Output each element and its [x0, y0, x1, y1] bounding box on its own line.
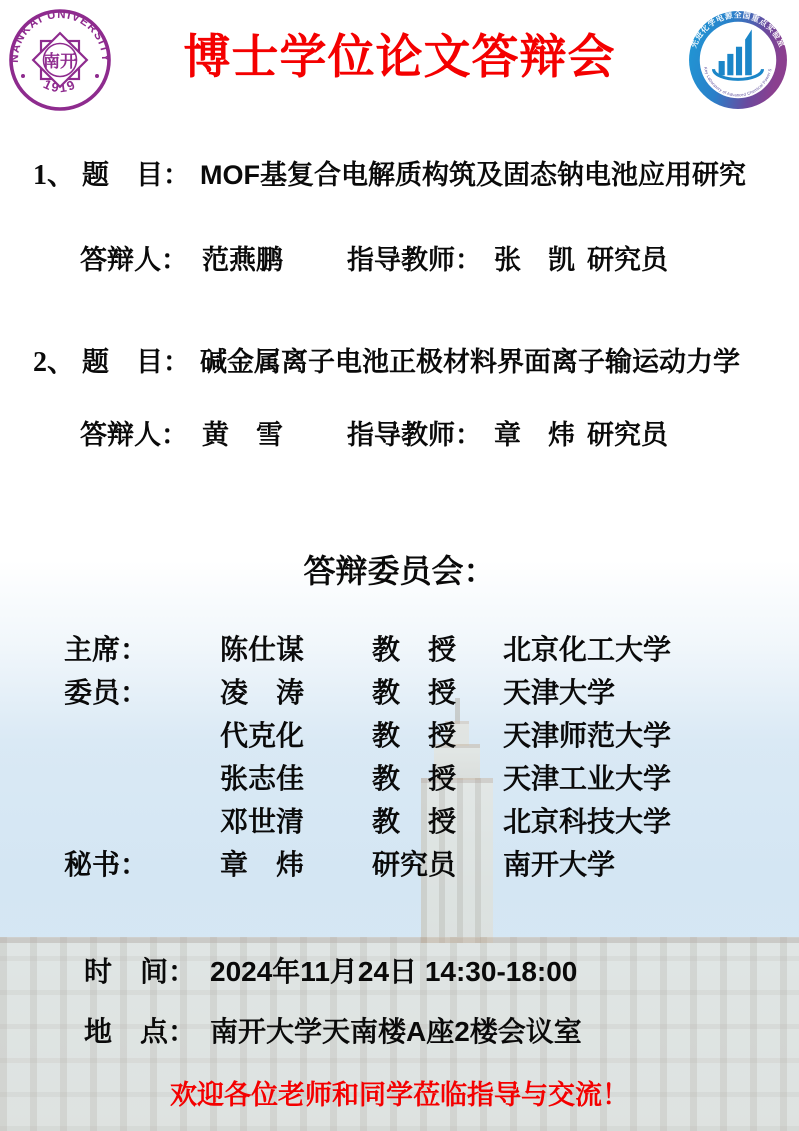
committee-name: 代克化	[220, 714, 372, 754]
defense-2-candidate-name: 黄 雪	[202, 420, 283, 450]
committee-affiliation: 天津工业大学	[503, 757, 769, 797]
committee-name: 邓世清	[220, 800, 372, 840]
committee-affiliation: 天津师范大学	[503, 714, 769, 754]
defense-1-thesis-title: MOF基复合电解质构筑及固态钠电池应用研究	[200, 160, 746, 190]
defense-2-advisor-name: 章 炜	[494, 420, 575, 450]
committee-affiliation: 北京科技大学	[503, 800, 769, 840]
defense-2-advisor-label: 指导教师：	[347, 420, 482, 450]
place-value: 南开大学天南楼A座2楼会议室	[210, 1016, 582, 1047]
committee-title: 教 授	[372, 671, 503, 711]
committee-title: 教 授	[372, 628, 503, 668]
defense-1-index: 1、	[33, 153, 82, 193]
committee-affiliation: 天津大学	[503, 671, 769, 711]
defense-2-advisor-title: 研究员	[587, 420, 668, 450]
defense-1-title-label: 题 目：	[82, 160, 190, 190]
welcome-message: 欢迎各位老师和同学莅临指导与交流！	[0, 1073, 799, 1112]
defense-1-title-line: 1、题 目：MOF基复合电解质构筑及固态钠电池应用研究	[33, 153, 746, 193]
nankai-university-seal: NANKAI UNIVERSITY 1919 南开	[8, 8, 112, 112]
committee-row: 邓世清 教 授 北京科技大学	[64, 798, 769, 841]
defense-2-people-line: 答辩人：黄 雪指导教师：章 炜研究员	[80, 413, 668, 452]
committee-role: 秘书：	[64, 843, 220, 883]
time-value: 2024年11月24日 14:30-18:00	[210, 956, 577, 987]
defense-2-candidate-label: 答辩人：	[80, 420, 188, 450]
defense-poster: NANKAI UNIVERSITY 1919 南开 博士学位论文答辩会	[0, 0, 799, 1131]
committee-list: 主席： 陈仕谋 教 授 北京化工大学 委员： 凌 涛 教 授 天津大学 代克化 …	[64, 626, 769, 884]
committee-row: 委员： 凌 涛 教 授 天津大学	[64, 669, 769, 712]
committee-title: 教 授	[372, 757, 503, 797]
committee-title: 教 授	[372, 800, 503, 840]
committee-row: 张志佳 教 授 天津工业大学	[64, 755, 769, 798]
defense-1-advisor-label: 指导教师：	[347, 245, 482, 275]
time-line: 时 间：2024年11月24日 14:30-18:00	[84, 950, 577, 990]
committee-role: 委员：	[64, 671, 220, 711]
place-label: 地 点：	[84, 1016, 196, 1047]
committee-title: 研究员	[372, 843, 503, 883]
committee-affiliation: 南开大学	[503, 843, 769, 883]
committee-row: 秘书： 章 炜 研究员 南开大学	[64, 841, 769, 884]
committee-name: 章 炜	[220, 843, 372, 883]
defense-2-title-line: 2、题 目：碱金属离子电池正极材料界面离子输运动力学	[33, 340, 740, 380]
committee-row: 代克化 教 授 天津师范大学	[64, 712, 769, 755]
committee-role: 主席：	[64, 628, 220, 668]
committee-row: 主席： 陈仕谋 教 授 北京化工大学	[64, 626, 769, 669]
committee-title: 教 授	[372, 714, 503, 754]
defense-2-index: 2、	[33, 340, 82, 380]
committee-heading: 答辩委员会：	[0, 546, 799, 592]
page-title: 博士学位论文答辩会	[120, 20, 679, 87]
committee-affiliation: 北京化工大学	[503, 628, 769, 668]
defense-1-advisor-title: 研究员	[587, 245, 668, 275]
lab-logo: 先进化学电源全国重点实验室 State Key Laboratory of Ad…	[687, 9, 789, 111]
defense-1-candidate-label: 答辩人：	[80, 245, 188, 275]
defense-1-advisor-name: 张 凯	[494, 245, 575, 275]
defense-1-candidate-name: 范燕鹏	[202, 245, 283, 275]
committee-name: 凌 涛	[220, 671, 372, 711]
defense-2-thesis-title: 碱金属离子电池正极材料界面离子输运动力学	[200, 347, 740, 377]
seal-center-text: 南开	[43, 51, 77, 71]
place-line: 地 点：南开大学天南楼A座2楼会议室	[84, 1010, 582, 1050]
defense-1-people-line: 答辩人：范燕鹏指导教师：张 凯研究员	[80, 238, 668, 277]
committee-name: 陈仕谋	[220, 628, 372, 668]
committee-name: 张志佳	[220, 757, 372, 797]
defense-2-title-label: 题 目：	[82, 347, 190, 377]
time-label: 时 间：	[84, 956, 196, 987]
